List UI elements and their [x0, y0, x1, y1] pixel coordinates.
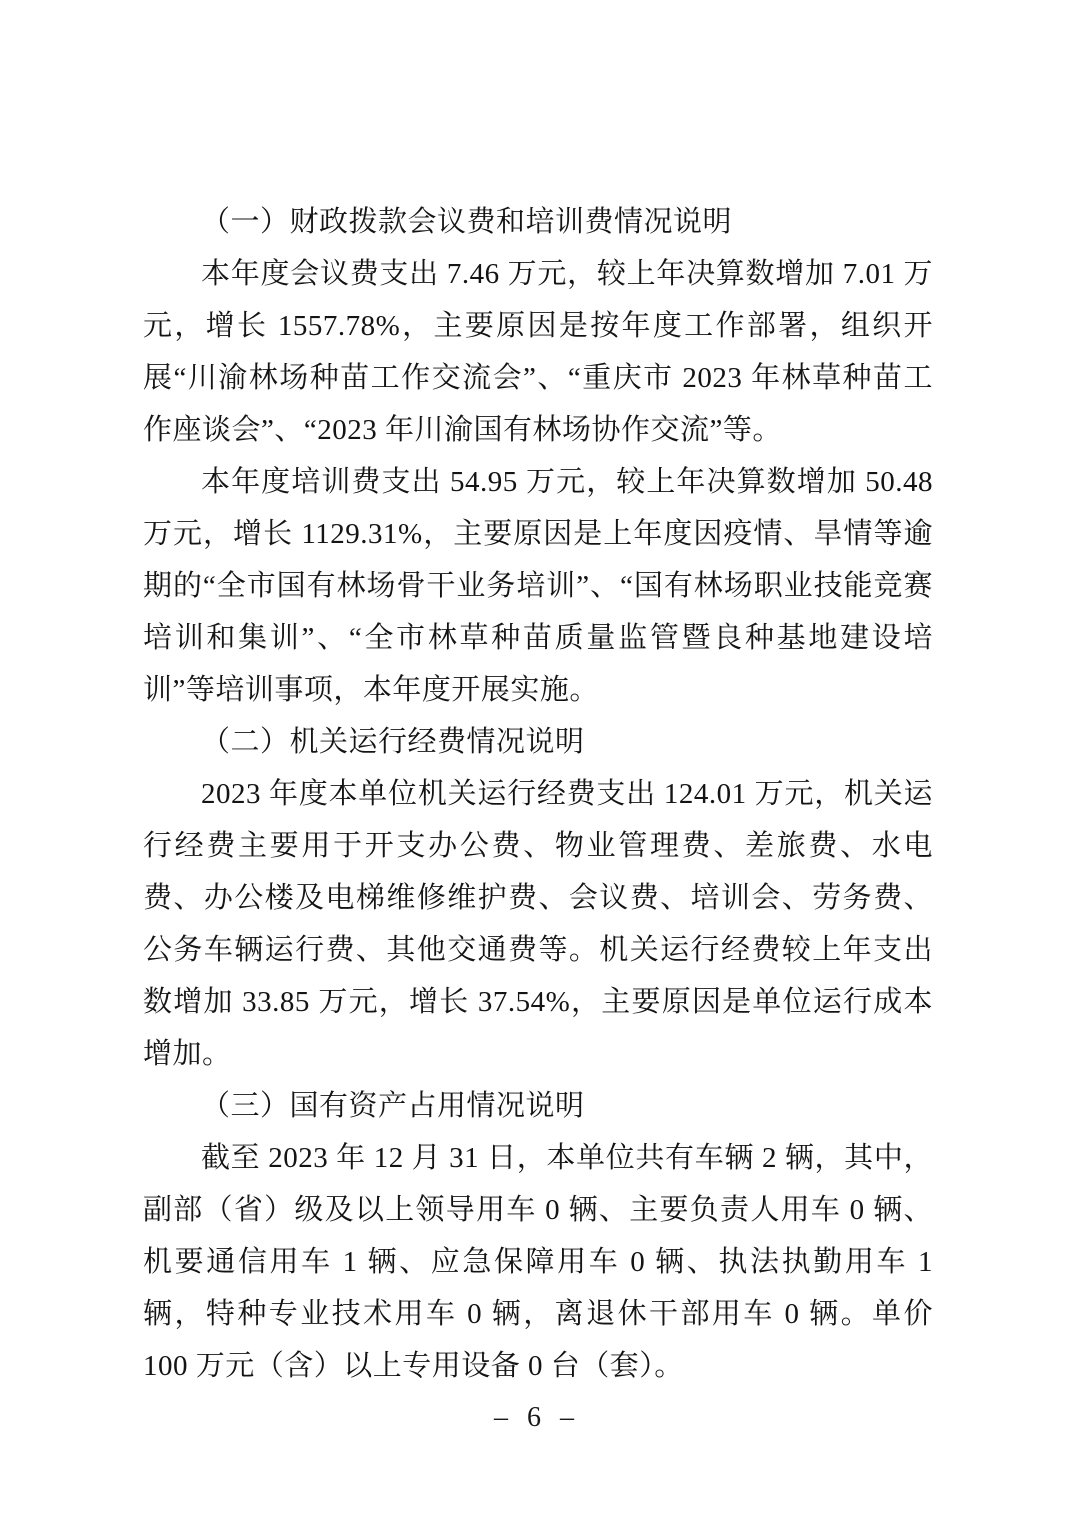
section-1-heading: （一）财政拨款会议费和培训费情况说明	[143, 196, 933, 248]
section-1-paragraph-2: 本年度培训费支出 54.95 万元，较上年决算数增加 50.48 万元，增长 1…	[143, 456, 933, 716]
section-2-heading: （二）机关运行经费情况说明	[143, 716, 933, 768]
section-2-paragraph-1: 2023 年度本单位机关运行经费支出 124.01 万元，机关运行经费主要用于开…	[143, 768, 933, 1080]
page-number: – 6 –	[0, 1398, 1074, 1438]
document-body: （一）财政拨款会议费和培训费情况说明 本年度会议费支出 7.46 万元，较上年决…	[143, 196, 933, 1392]
document-page: （一）财政拨款会议费和培训费情况说明 本年度会议费支出 7.46 万元，较上年决…	[0, 0, 1074, 1520]
section-3-heading: （三）国有资产占用情况说明	[143, 1080, 933, 1132]
section-1-paragraph-1: 本年度会议费支出 7.46 万元，较上年决算数增加 7.01 万元，增长 155…	[143, 248, 933, 456]
section-3-paragraph-1: 截至 2023 年 12 月 31 日，本单位共有车辆 2 辆，其中，副部（省）…	[143, 1132, 933, 1392]
